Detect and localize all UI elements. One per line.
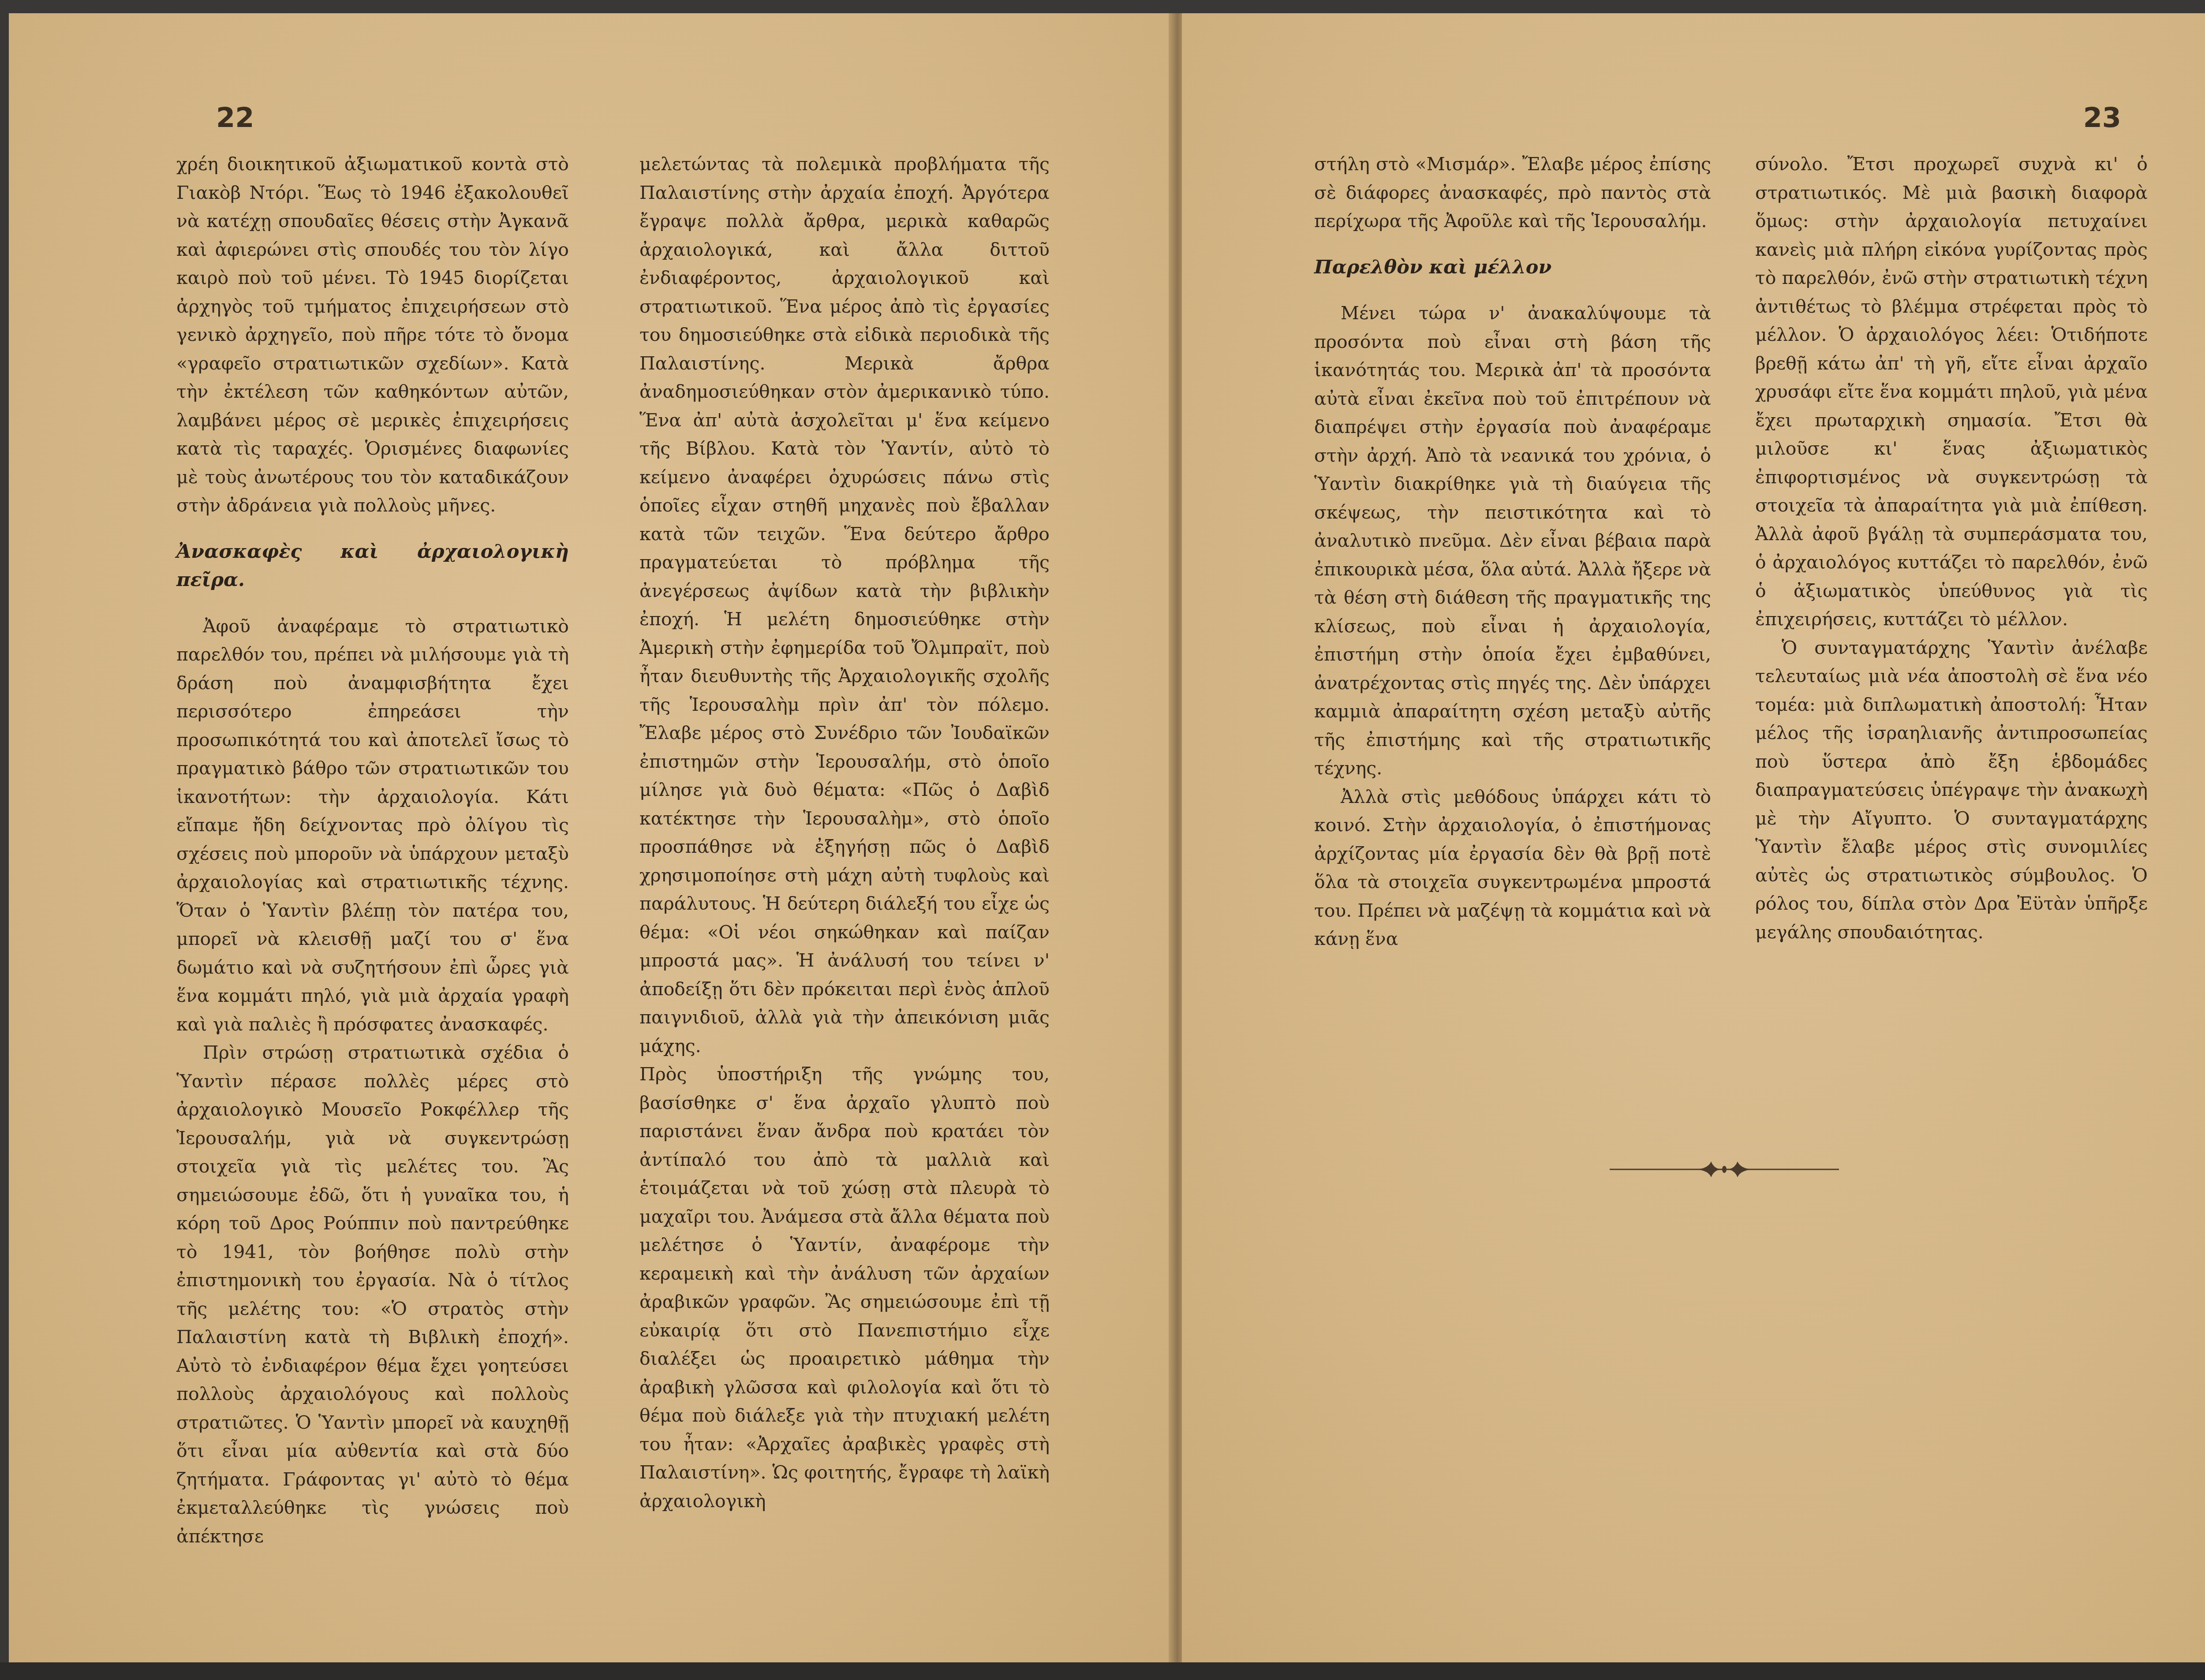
paragraph: σύνολο. Ἔτσι προχωρεῖ συχνὰ κι' ὁ στρατι… bbox=[1755, 150, 2148, 634]
page-number: 22 bbox=[216, 101, 254, 134]
paragraph: Ἀλλὰ στὶς μεθόδους ὑπάρχει κάτι τὸ κοινό… bbox=[1314, 783, 1711, 953]
paragraph: Πρὸς ὑποστήριξη τῆς γνώμης του, βασίσθηκ… bbox=[639, 1060, 1050, 1515]
section-end-ornament-icon bbox=[1601, 1160, 1848, 1177]
paragraph: στήλη στὸ «Μισμάρ». Ἔλαβε μέρος ἐπίσης σ… bbox=[1314, 150, 1711, 235]
paragraph: Πρὶν στρώσῃ στρατιωτικὰ σχέδια ὁ Ὑαντὶν … bbox=[176, 1038, 569, 1550]
paragraph: Ἀφοῦ ἀναφέραμε τὸ στρατιωτικὸ παρελθόν τ… bbox=[176, 612, 569, 1039]
section-heading: Ἀνασκαφὲς καὶ ἀρχαιολογικὴ πεῖρα. bbox=[176, 538, 569, 594]
left-page: 22 χρέη διοικητικοῦ ἀξιωματικοῦ κοντὰ στ… bbox=[9, 13, 1173, 1662]
paragraph: χρέη διοικητικοῦ ἀξιωματικοῦ κοντὰ στὸ Γ… bbox=[176, 150, 569, 520]
page-number: 23 bbox=[2083, 101, 2121, 134]
left-page-column-2: μελετώντας τὰ πολεμικὰ προβλήματα τῆς Πα… bbox=[639, 150, 1050, 1515]
left-page-column-1: χρέη διοικητικοῦ ἀξιωματικοῦ κοντὰ στὸ Γ… bbox=[176, 150, 569, 1550]
right-page-column-2: σύνολο. Ἔτσι προχωρεῖ συχνὰ κι' ὁ στρατι… bbox=[1755, 150, 2148, 946]
book-spread: 22 χρέη διοικητικοῦ ἀξιωματικοῦ κοντὰ στ… bbox=[0, 0, 2205, 1680]
scan-border bbox=[0, 1662, 2205, 1680]
paragraph: Μένει τώρα ν' ἀνακαλύψουμε τὰ προσόντα π… bbox=[1314, 299, 1711, 783]
right-page: 23 στήλη στὸ «Μισμάρ». Ἔλαβε μέρος ἐπίση… bbox=[1182, 13, 2205, 1662]
paragraph: μελετώντας τὰ πολεμικὰ προβλήματα τῆς Πα… bbox=[639, 150, 1050, 1060]
paragraph: Ὁ συνταγματάρχης Ὑαντὶν ἀνέλαβε τελευταί… bbox=[1755, 634, 2148, 947]
section-heading: Παρελθὸν καὶ μέλλον bbox=[1314, 253, 1711, 282]
right-page-column-1: στήλη στὸ «Μισμάρ». Ἔλαβε μέρος ἐπίσης σ… bbox=[1314, 150, 1711, 953]
